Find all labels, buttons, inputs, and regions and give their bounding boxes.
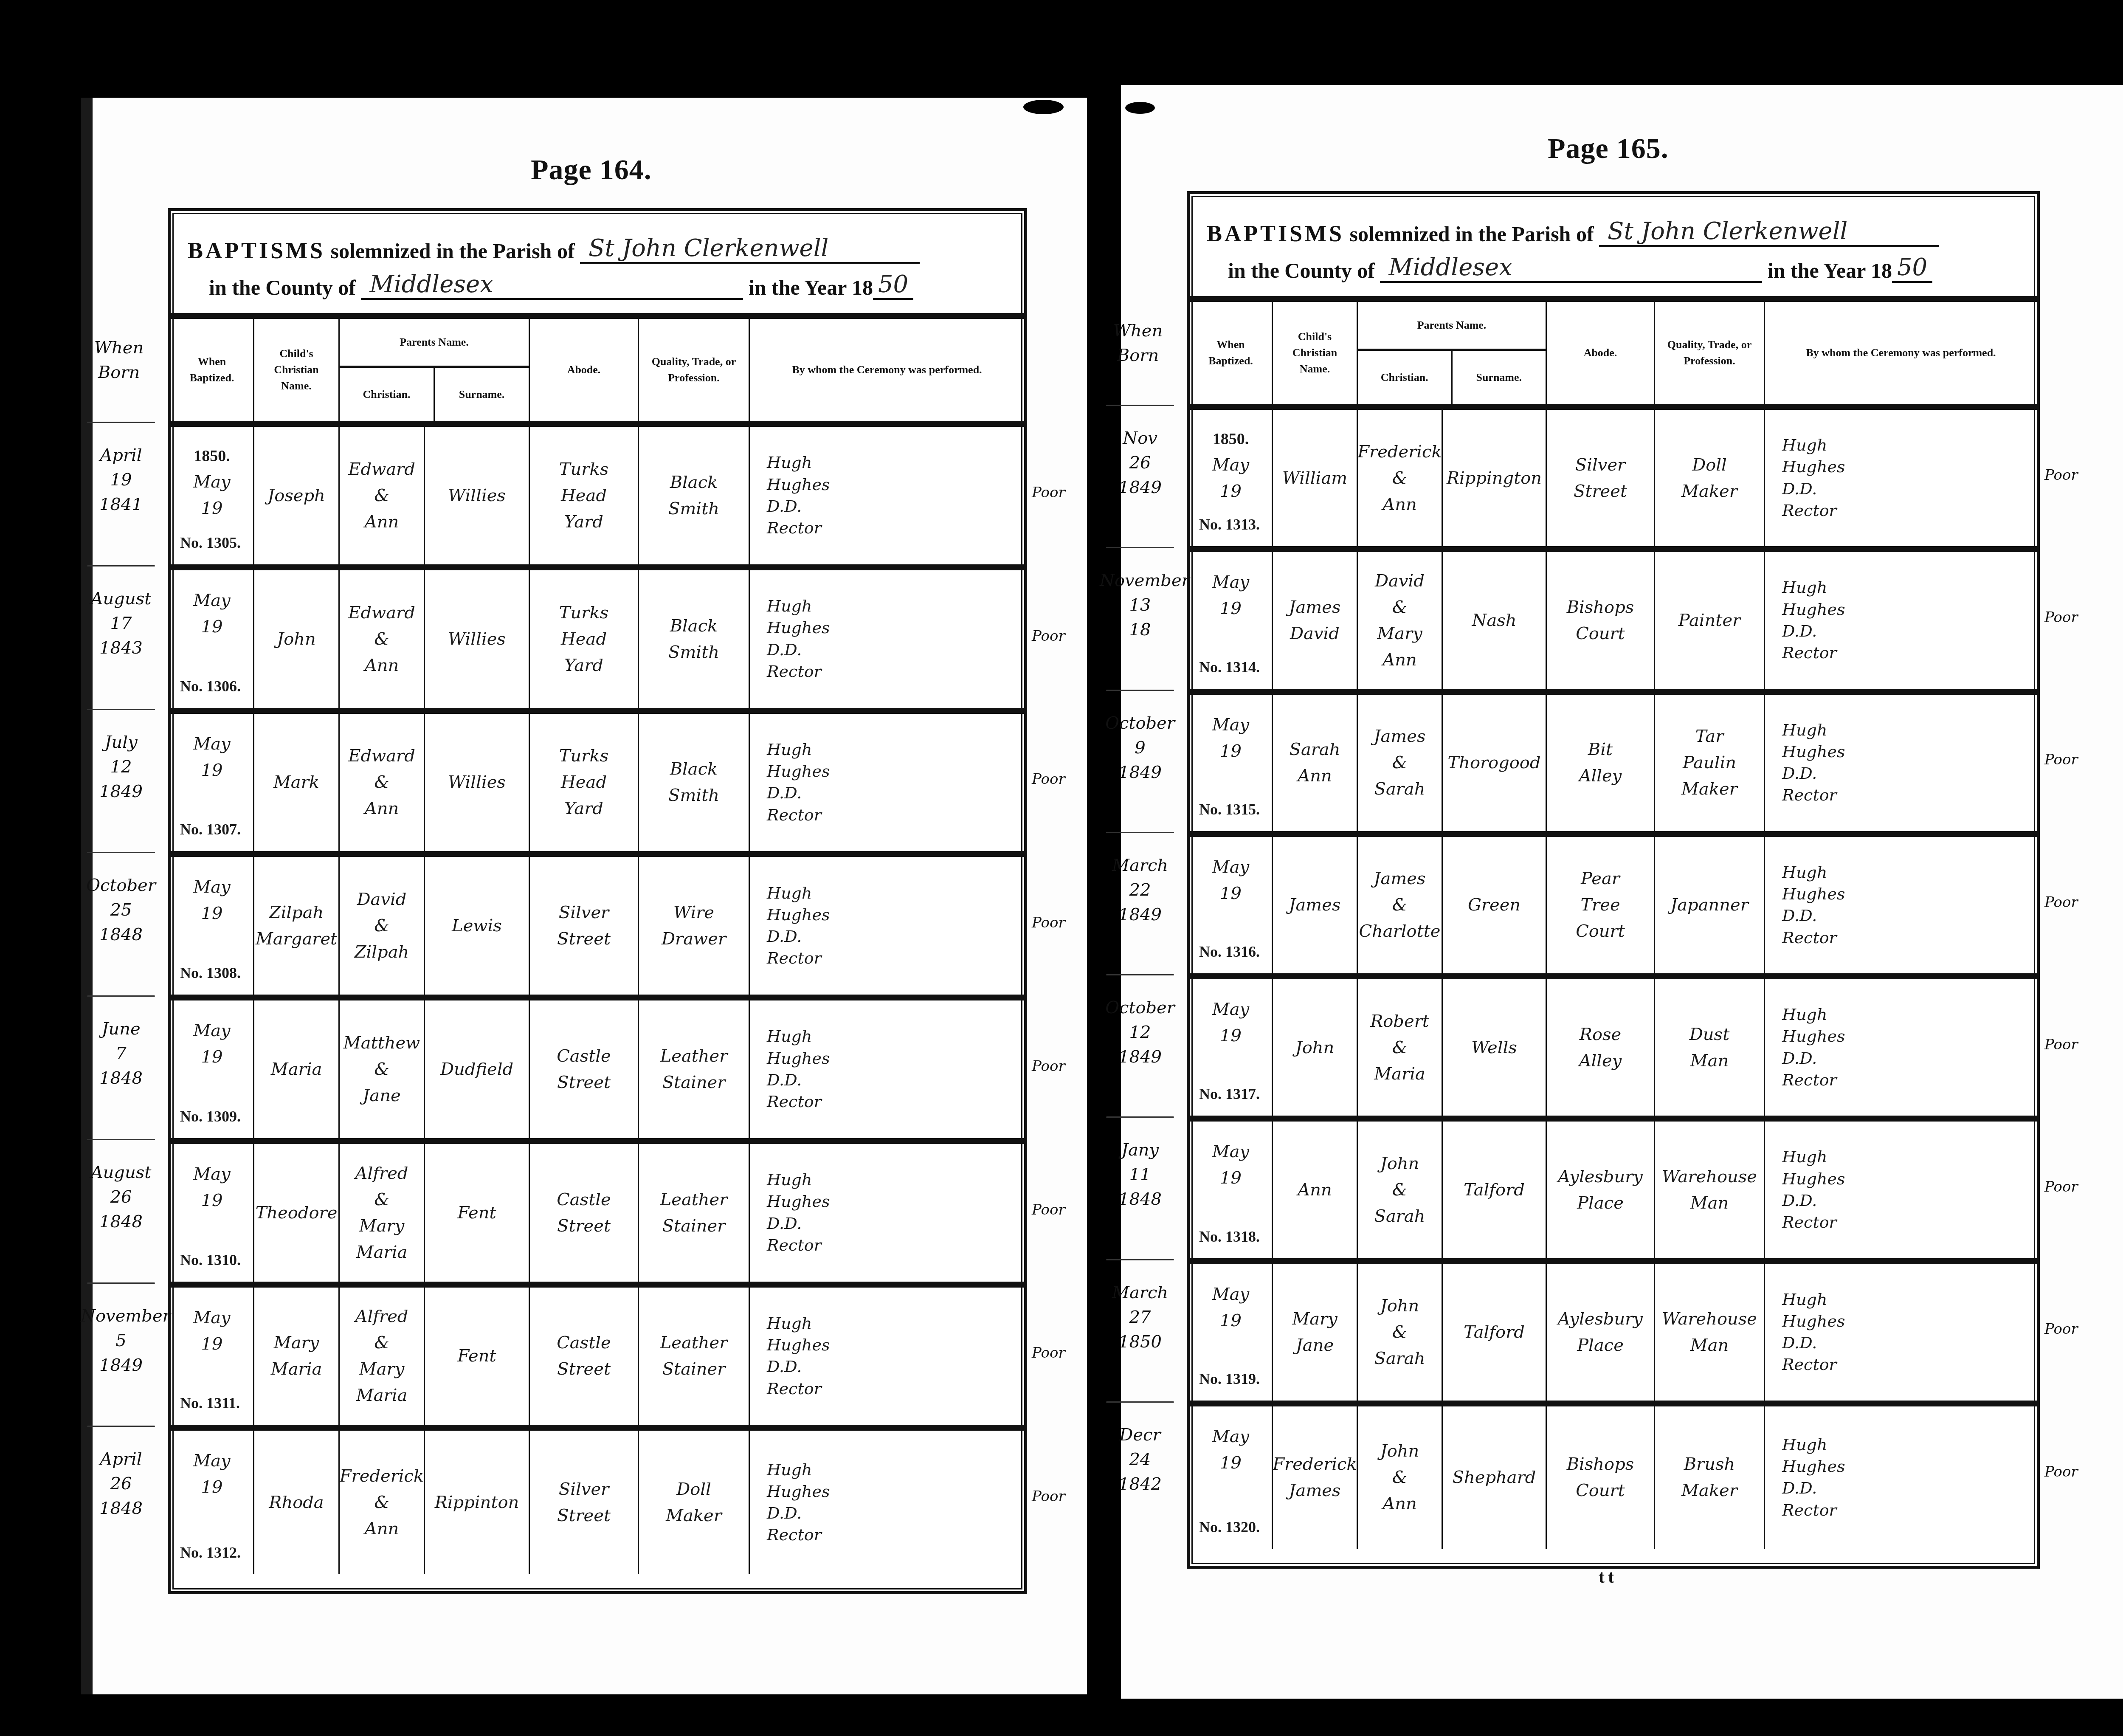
cell-child-name: Ann: [1273, 1122, 1358, 1258]
text-line: Rector: [767, 661, 822, 682]
margin-rule: [87, 1139, 155, 1140]
register-rows: 1850.May19No. 1305.JosephEdward&AnnWilli…: [171, 427, 1024, 1591]
text-line: &: [1392, 1319, 1408, 1345]
margin-rule: [1106, 690, 1174, 691]
parents-subheaders: Christian.Surname.: [1358, 351, 1546, 404]
page-number: Page 165.: [1548, 132, 1669, 165]
text-line: 19: [1220, 1023, 1242, 1049]
text-line: Tree: [1580, 892, 1620, 918]
child-name: Maria: [271, 1056, 322, 1082]
cell-child-name: Rhoda: [254, 1431, 340, 1574]
text-line: Castle: [557, 1330, 611, 1356]
poor-note: Poor: [1032, 1058, 1065, 1075]
text-line: Stainer: [662, 1069, 726, 1096]
cell-abode: CastleStreet: [530, 1000, 639, 1138]
text-line: April: [81, 1447, 161, 1471]
text-line: 19: [81, 468, 161, 492]
baptisms-label: BAPTISMS: [1207, 221, 1344, 246]
header-quality-text: Quality, Trade, or Profession.: [1655, 337, 1764, 369]
cell-parents-christian: Alfred&MaryMaria: [340, 1288, 425, 1425]
text-line: 9: [1100, 736, 1180, 760]
cell-officiant: HughHughesD.D.Rector: [750, 1288, 1024, 1425]
text-line: 7: [81, 1041, 161, 1066]
entry-number: No. 1310.: [180, 1248, 241, 1272]
text-line: &: [1392, 594, 1408, 620]
text-line: Maker: [1681, 776, 1737, 802]
margin-rule: [87, 422, 155, 423]
header-child-name: Child's Christian Name.: [1273, 302, 1358, 404]
when-born-date: August171843: [81, 586, 161, 660]
margin-rule: [1106, 547, 1174, 548]
register-entry: May19No. 1308.Zilpah MargaretDavid&Zilpa…: [171, 857, 1024, 1000]
text-line: D.D.: [1782, 1477, 1817, 1499]
text-line: Hugh: [767, 1026, 812, 1047]
surname: Shephard: [1453, 1464, 1536, 1491]
text-line: John: [1380, 1293, 1419, 1319]
text-line: Edward: [348, 600, 415, 626]
text-line: Turks: [559, 456, 608, 482]
text-line: &: [374, 482, 389, 509]
text-line: 19: [1220, 1308, 1242, 1334]
header-quality-text: Quality, Trade, or Profession.: [639, 354, 749, 386]
ink-blot: [1125, 102, 1155, 114]
text-line: Bishops: [1567, 594, 1634, 620]
cell-child-name: Joseph: [254, 427, 340, 564]
poor-note: Poor: [1032, 771, 1065, 788]
when-born-date: June71848: [81, 1017, 161, 1091]
entry-number: No. 1312.: [180, 1541, 241, 1565]
text-line: 18: [1100, 617, 1180, 642]
text-line: Doll: [676, 1476, 711, 1502]
text-line: &: [1392, 465, 1408, 491]
text-line: May: [1212, 996, 1249, 1023]
baptisms-label: BAPTISMS: [188, 238, 325, 263]
entry-number: No. 1315.: [1199, 798, 1260, 822]
cell-child-name: Zilpah Margaret: [254, 857, 340, 995]
child-name: Joseph: [267, 482, 325, 509]
text-line: Stainer: [662, 1356, 726, 1382]
text-line: D.D.: [1782, 905, 1817, 927]
cell-parents-christian: Frederick&Ann: [340, 1431, 425, 1574]
text-line: D.D.: [767, 1502, 802, 1524]
text-line: Hughes: [1782, 1026, 1845, 1047]
text-line: Japanner: [1670, 892, 1749, 918]
child-name: John: [277, 626, 316, 652]
entry-number: No. 1314.: [1199, 656, 1260, 679]
text-line: Leather: [660, 1043, 728, 1069]
parents-subheaders: Christian.Surname.: [340, 368, 529, 421]
register-entry: May19No. 1320.Frederick JamesJohn&AnnShe…: [1190, 1406, 2037, 1549]
column-headers: When Baptized.Child's Christian Name.Par…: [171, 319, 1024, 427]
text-line: Smith: [668, 496, 719, 522]
header-when-baptized-text: When Baptized.: [171, 354, 253, 386]
margin-rule: [1106, 1116, 1174, 1118]
text-line: Bit: [1588, 736, 1613, 763]
signature-mark: tt: [1599, 1567, 1617, 1587]
parish-line: BAPTISMS solemnized in the Parish of St …: [1207, 217, 1939, 247]
margin-rule: [87, 1282, 155, 1284]
cell-quality: WireDrawer: [639, 857, 750, 995]
text-line: 17: [81, 611, 161, 636]
text-line: Decr: [1100, 1423, 1180, 1447]
cell-child-name: John: [1273, 979, 1358, 1116]
surname: Thorogood: [1447, 750, 1540, 776]
text-line: October: [81, 873, 161, 898]
text-line: James: [1374, 723, 1425, 750]
text-line: Hugh: [767, 739, 812, 761]
cell-officiant: HughHughesD.D.Rector: [750, 1144, 1024, 1282]
poor-note: Poor: [2044, 609, 2078, 626]
poor-note: Poor: [2044, 894, 2078, 911]
cell-officiant: HughHughesD.D.Rector: [750, 1431, 1024, 1574]
cell-quality: LeatherStainer: [639, 1000, 750, 1138]
cell-officiant: HughHughesD.D.Rector: [1765, 1264, 2037, 1401]
text-line: D.D.: [1782, 1190, 1817, 1212]
text-line: Rector: [767, 947, 822, 969]
text-line: Smith: [668, 639, 719, 665]
cell-surname: Wells: [1443, 979, 1547, 1116]
margin-rule: [1106, 974, 1174, 975]
text-line: May: [193, 587, 230, 614]
county-label: in the County of: [209, 276, 356, 299]
cell-when-baptized: May19No. 1320.: [1190, 1406, 1273, 1549]
text-line: 19: [201, 1474, 223, 1500]
entry-number: No. 1307.: [180, 818, 241, 842]
text-line: D.D.: [767, 1213, 802, 1234]
text-line: 19: [201, 495, 223, 521]
text-line: Rector: [1782, 784, 1837, 806]
text-line: 1849: [1100, 760, 1180, 785]
parish-label: solemnized in the Parish of: [1350, 222, 1594, 246]
text-line: Hugh: [767, 595, 812, 617]
text-line: &: [374, 1489, 389, 1516]
text-line: Rector: [1782, 1499, 1837, 1521]
surname: Green: [1468, 892, 1520, 918]
text-line: 24: [1100, 1447, 1180, 1472]
cell-child-name: Mary Jane: [1273, 1264, 1358, 1401]
text-line: Maker: [666, 1502, 722, 1529]
text-line: D.D.: [767, 926, 802, 947]
cell-when-baptized: May19No. 1319.: [1190, 1264, 1273, 1401]
text-line: Hughes: [1782, 741, 1845, 763]
child-name: Ann: [1298, 1177, 1332, 1203]
cell-child-name: Mary Maria: [254, 1288, 340, 1425]
text-line: David: [357, 886, 407, 913]
column-headers: When Baptized.Child's Christian Name.Par…: [1190, 302, 2037, 410]
entry-number: No. 1317.: [1199, 1082, 1260, 1106]
text-line: October: [1100, 711, 1180, 736]
surname: Fent: [457, 1343, 496, 1369]
entry-number: No. 1308.: [180, 961, 241, 985]
text-line: 1843: [81, 636, 161, 660]
header-parents-surname: Surname.: [1453, 351, 1546, 404]
cell-officiant: HughHughesD.D.Rector: [1765, 837, 2037, 973]
text-line: Maker: [1681, 1477, 1737, 1504]
text-line: 11: [1100, 1162, 1180, 1187]
text-line: Place: [1577, 1190, 1624, 1216]
text-line: Hughes: [1782, 1456, 1845, 1477]
when-born-date: March221849: [1100, 853, 1180, 927]
header-by-whom: By whom the Ceremony was performed.: [1765, 302, 2037, 404]
cell-officiant: HughHughesD.D.Rector: [750, 714, 1024, 851]
text-line: June: [81, 1017, 161, 1041]
header-parents-name: Parents Name.Christian.Surname.: [340, 319, 530, 421]
text-line: Painter: [1678, 607, 1740, 634]
year-value: 50: [873, 271, 913, 300]
cell-child-name: Theodore: [254, 1144, 340, 1282]
text-line: Black: [670, 469, 718, 496]
text-line: Hughes: [767, 1481, 830, 1502]
text-line: D.D.: [767, 639, 802, 661]
text-line: April: [81, 443, 161, 468]
text-line: &: [374, 913, 389, 939]
text-line: Edward: [348, 743, 415, 769]
text-line: &: [1392, 892, 1408, 918]
cell-surname: Thorogood: [1443, 695, 1547, 831]
cell-when-baptized: May19No. 1317.: [1190, 979, 1273, 1116]
text-line: May: [193, 874, 230, 900]
header-by-whom-text: By whom the Ceremony was performed.: [775, 362, 999, 378]
cell-quality: TarPaulinMaker: [1655, 695, 1765, 831]
cell-child-name: William: [1273, 410, 1358, 546]
text-line: 13: [1100, 593, 1180, 617]
poor-note: Poor: [2044, 1321, 2078, 1338]
text-line: November: [1100, 568, 1180, 593]
text-line: Hugh: [1782, 1289, 1827, 1310]
cell-abode: BitAlley: [1547, 695, 1655, 831]
text-line: Maria: [1374, 1061, 1425, 1087]
header-abode-text: Abode.: [563, 362, 605, 378]
text-line: Rector: [1782, 1069, 1837, 1091]
header-parents-christian: Christian.: [1358, 351, 1453, 404]
text-line: Mary: [1377, 620, 1422, 647]
register-heading: BAPTISMS solemnized in the Parish of St …: [171, 211, 1024, 319]
cell-abode: AylesburyPlace: [1547, 1122, 1655, 1258]
header-quality: Quality, Trade, or Profession.: [639, 319, 750, 421]
text-line: D.D.: [767, 782, 802, 804]
text-line: 26: [1100, 451, 1180, 475]
surname: Lewis: [452, 913, 502, 939]
register-entry: May19No. 1319.Mary JaneJohn&SarahTalford…: [1190, 1264, 2037, 1406]
cell-abode: RoseAlley: [1547, 979, 1655, 1116]
text-line: Maker: [1681, 478, 1737, 504]
text-line: March: [1100, 1280, 1180, 1305]
text-line: Yard: [564, 509, 603, 535]
entry-number: No. 1305.: [180, 531, 241, 555]
cell-parents-christian: David&Zilpah: [340, 857, 425, 995]
text-line: Hughes: [767, 904, 830, 926]
when-born-date: Decr241842: [1100, 1423, 1180, 1496]
cell-quality: DollMaker: [1655, 410, 1765, 546]
poor-note: Poor: [2044, 751, 2078, 768]
register-heading: BAPTISMS solemnized in the Parish of St …: [1190, 194, 2037, 302]
text-line: Yard: [564, 795, 603, 822]
text-line: 25: [81, 898, 161, 922]
cell-surname: Willies: [425, 427, 530, 564]
cell-surname: Rippington: [1443, 410, 1547, 546]
cell-when-baptized: May19No. 1312.: [171, 1431, 254, 1574]
cell-abode: SilverStreet: [530, 1431, 639, 1574]
text-line: Black: [670, 756, 718, 782]
text-line: Leather: [660, 1186, 728, 1213]
text-line: Hugh: [767, 1313, 812, 1334]
text-line: &: [374, 1186, 389, 1213]
text-line: 19: [1220, 1450, 1242, 1476]
text-line: Tar: [1695, 723, 1724, 750]
header-abode-text: Abode.: [1580, 345, 1622, 361]
text-line: Paulin: [1683, 750, 1736, 776]
text-line: Hughes: [767, 1191, 830, 1212]
text-line: Castle: [557, 1186, 611, 1213]
text-line: Rector: [1782, 642, 1837, 664]
cell-child-name: Maria: [254, 1000, 340, 1138]
text-line: Brush: [1684, 1451, 1735, 1477]
text-line: Hugh: [1782, 1434, 1827, 1456]
margin-rule: [87, 565, 155, 566]
cell-abode: CastleStreet: [530, 1288, 639, 1425]
text-line: Court: [1576, 918, 1625, 944]
cell-surname: Green: [1443, 837, 1547, 973]
text-line: D.D.: [1782, 478, 1817, 500]
header-child-name-text: Child's Christian Name.: [254, 346, 338, 394]
text-line: Robert: [1370, 1008, 1429, 1034]
cell-quality: BlackSmith: [639, 427, 750, 564]
text-line: &: [1392, 1034, 1408, 1061]
text-line: May: [193, 1017, 230, 1044]
text-line: Hughes: [767, 617, 830, 639]
text-line: 5: [81, 1328, 161, 1353]
register-entry: May19No. 1315.Sarah AnnJames&SarahThorog…: [1190, 695, 2037, 837]
when-born-date: March271850: [1100, 1280, 1180, 1354]
surname: Willies: [448, 626, 506, 652]
header-child-name: Child's Christian Name.: [254, 319, 340, 421]
text-line: Hughes: [1782, 456, 1845, 478]
text-line: Alley: [1579, 763, 1622, 789]
text-line: Silver: [559, 1476, 609, 1502]
text-line: Rose: [1580, 1021, 1621, 1048]
cell-when-baptized: May19No. 1306.: [171, 570, 254, 708]
text-line: May: [193, 1448, 230, 1474]
cell-when-baptized: May19No. 1318.: [1190, 1122, 1273, 1258]
text-line: Street: [557, 1356, 611, 1382]
cell-when-baptized: May19No. 1310.: [171, 1144, 254, 1282]
text-line: 12: [81, 755, 161, 779]
cell-surname: Willies: [425, 714, 530, 851]
cell-parents-christian: Edward&Ann: [340, 427, 425, 564]
cell-abode: TurksHeadYard: [530, 427, 639, 564]
when-born-date: Jany111848: [1100, 1138, 1180, 1212]
text-line: 12: [1100, 1020, 1180, 1045]
text-line: Frederick: [340, 1463, 424, 1489]
text-line: Hughes: [1782, 1168, 1845, 1190]
text-line: Zilpah: [355, 939, 409, 965]
text-line: Matthew: [344, 1030, 420, 1056]
child-name: James David: [1277, 594, 1352, 647]
text-line: May: [1212, 712, 1249, 738]
text-line: 27: [1100, 1305, 1180, 1330]
cell-when-baptized: May19No. 1316.: [1190, 837, 1273, 973]
cell-quality: BrushMaker: [1655, 1406, 1765, 1549]
text-line: 1849: [81, 1353, 161, 1378]
cell-when-baptized: May19No. 1309.: [171, 1000, 254, 1138]
header-parents-surname: Surname.: [435, 368, 529, 421]
child-name: Mark: [273, 769, 319, 795]
cell-abode: TurksHeadYard: [530, 570, 639, 708]
text-line: &: [1392, 750, 1408, 776]
text-line: Street: [1574, 478, 1627, 504]
surname: Rippinton: [435, 1489, 519, 1516]
text-line: Alley: [1579, 1048, 1622, 1074]
text-line: May: [1212, 1139, 1249, 1165]
text-line: Man: [1690, 1048, 1729, 1074]
cell-officiant: HughHughesD.D.Rector: [1765, 1406, 2037, 1549]
text-line: Frederick: [1357, 439, 1442, 465]
text-line: Warehouse: [1662, 1164, 1757, 1190]
text-line: Ann: [365, 1516, 399, 1542]
text-line: Hugh: [1782, 719, 1827, 741]
cell-parents-christian: James&Sarah: [1358, 695, 1443, 831]
county-line: in the County of Middlesex in the Year 1…: [209, 271, 913, 300]
text-line: Rector: [1782, 927, 1837, 949]
text-line: 19: [201, 1044, 223, 1070]
when-born-date: April261848: [81, 1447, 161, 1521]
text-line: August: [81, 1160, 161, 1185]
parish-value: St John Clerkenwell: [580, 234, 920, 264]
text-line: Rector: [1782, 1354, 1837, 1375]
cell-quality: DollMaker: [639, 1431, 750, 1574]
text-line: &: [374, 1056, 389, 1082]
header-parents-christian: Christian.: [340, 368, 435, 421]
cell-parents-christian: John&Sarah: [1358, 1122, 1443, 1258]
text-line: 19: [201, 900, 223, 927]
text-line: 1848: [81, 1066, 161, 1091]
cell-parents-christian: Matthew&Jane: [340, 1000, 425, 1138]
text-line: Sarah: [1374, 776, 1425, 802]
child-name: John: [1295, 1034, 1335, 1061]
child-name: Mary Maria: [259, 1330, 334, 1382]
text-line: March: [1100, 853, 1180, 878]
cell-child-name: John: [254, 570, 340, 708]
text-line: 19: [1220, 478, 1242, 504]
margin-rule: [87, 995, 155, 997]
poor-note: Poor: [1032, 1344, 1065, 1361]
child-name: Mary Jane: [1277, 1306, 1352, 1358]
margin-rule: [1106, 405, 1174, 406]
text-line: Man: [1690, 1190, 1729, 1216]
text-line: May: [1212, 854, 1249, 880]
header-child-name-text: Child's Christian Name.: [1273, 329, 1357, 377]
poor-note: Poor: [1032, 484, 1065, 501]
cell-quality: Painter: [1655, 552, 1765, 688]
cell-officiant: HughHughesD.D.Rector: [1765, 552, 2037, 688]
text-line: 1849: [1100, 902, 1180, 927]
year-label: in the Year 18: [1768, 259, 1892, 282]
text-line: Maria: [356, 1382, 408, 1409]
text-line: Aylesbury: [1558, 1164, 1643, 1190]
cell-when-baptized: May19No. 1315.: [1190, 695, 1273, 831]
child-name: Theodore: [256, 1200, 338, 1226]
child-name: James: [1289, 892, 1340, 918]
text-line: 19: [1220, 595, 1242, 622]
text-line: Warehouse: [1662, 1306, 1757, 1332]
text-line: 1848: [81, 1209, 161, 1234]
child-name: Frederick James: [1273, 1451, 1357, 1504]
text-line: &: [1392, 1177, 1408, 1203]
text-line: Hugh: [1782, 577, 1827, 598]
text-line: May: [193, 469, 230, 495]
cell-officiant: HughHughesD.D.Rector: [1765, 410, 2037, 546]
when-born-date: October91849: [1100, 711, 1180, 785]
